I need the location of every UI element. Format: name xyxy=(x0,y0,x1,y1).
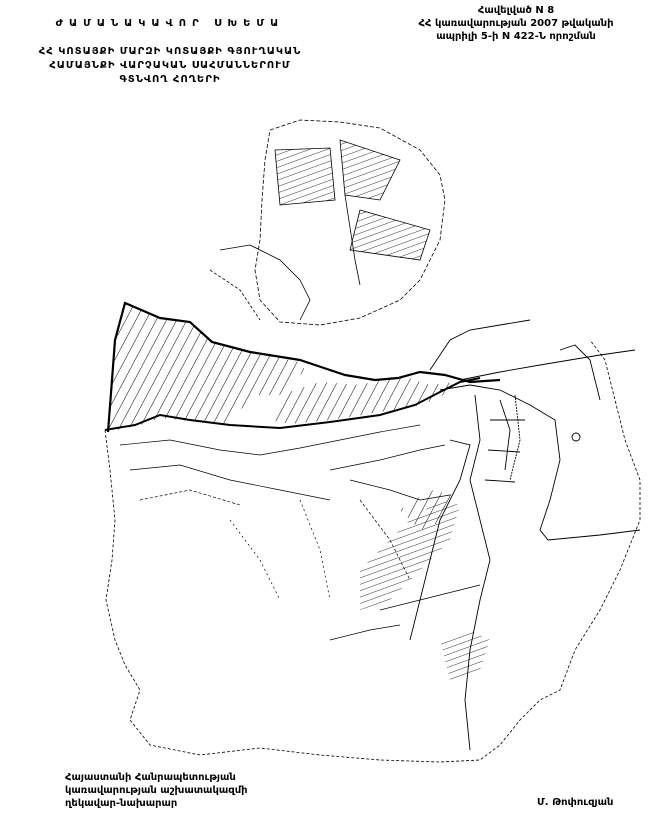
dense-lots-southeast xyxy=(440,630,490,680)
footer-line-2: կառավարության աշխատակազմի xyxy=(65,784,248,797)
signatory-name: Մ. Թոփուզյան xyxy=(537,797,613,808)
footer-line-3: ղեկավար-նախարար xyxy=(65,797,248,810)
land-map xyxy=(0,0,669,815)
north-settlement xyxy=(210,120,445,325)
footer-left: Հայաստանի Հանրապետության կառավարության ա… xyxy=(65,771,248,810)
footer-line-1: Հայաստանի Հանրապետության xyxy=(65,771,248,784)
